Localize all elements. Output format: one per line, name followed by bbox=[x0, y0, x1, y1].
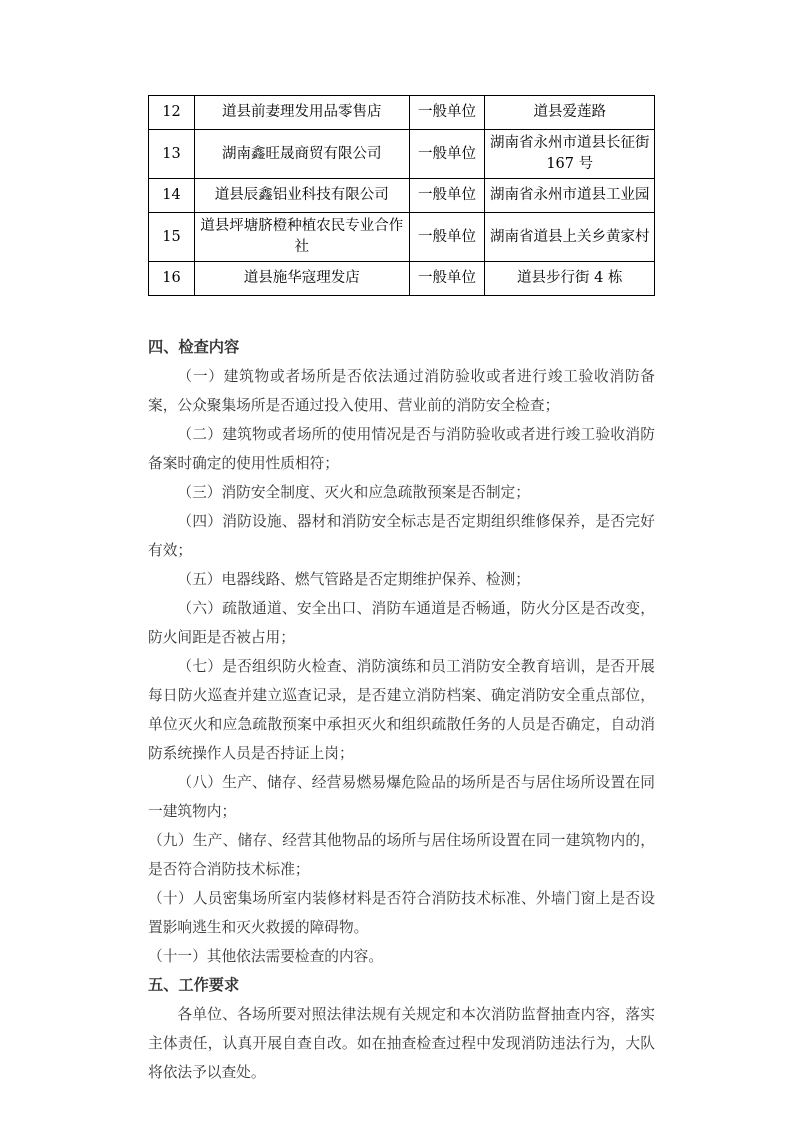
inspection-item-4: （四）消防设施、器材和消防安全标志是否定期组织维修保养，是否完好有效； bbox=[148, 507, 655, 565]
cell-unit-address: 道县爱莲路 bbox=[485, 96, 655, 130]
cell-unit-address: 湖南省永州市道县工业园 bbox=[485, 179, 655, 213]
inspection-item-3: （三）消防安全制度、灭火和应急疏散预案是否制定； bbox=[148, 478, 655, 507]
cell-row-number: 14 bbox=[149, 179, 195, 213]
cell-unit-type: 一般单位 bbox=[409, 96, 485, 130]
inspection-item-7: （七）是否组织防火检查、消防演练和员工消防安全教育培训，是否开展每日防火巡查并建… bbox=[148, 652, 655, 768]
cell-unit-address: 湖南省道县上关乡黄家村 bbox=[485, 213, 655, 262]
table-row: 14 道县辰鑫铝业科技有限公司 一般单位 湖南省永州市道县工业园 bbox=[149, 179, 655, 213]
document-content: 12 道县前妻理发用品零售店 一般单位 道县爱莲路 13 湖南鑫旺晟商贸有限公司… bbox=[148, 95, 655, 1087]
cell-row-number: 15 bbox=[149, 213, 195, 262]
cell-row-number: 13 bbox=[149, 130, 195, 179]
inspection-item-10: （十）人员密集场所室内装修材料是否符合消防技术标准、外墙门窗上是否设置影响逃生和… bbox=[148, 884, 655, 942]
table-row: 15 道县坪塘脐橙种植农民专业合作社 一般单位 湖南省道县上关乡黄家村 bbox=[149, 213, 655, 262]
inspection-item-1: （一）建筑物或者场所是否依法通过消防验收或者进行竣工验收消防备案，公众聚集场所是… bbox=[148, 362, 655, 420]
cell-unit-type: 一般单位 bbox=[409, 130, 485, 179]
section-heading-requirements: 五、工作要求 bbox=[148, 971, 655, 1000]
cell-unit-name: 湖南鑫旺晟商贸有限公司 bbox=[195, 130, 410, 179]
cell-unit-address: 道县步行街 4 栋 bbox=[485, 262, 655, 296]
cell-unit-type: 一般单位 bbox=[409, 213, 485, 262]
body-text: 四、检查内容 （一）建筑物或者场所是否依法通过消防验收或者进行竣工验收消防备案，… bbox=[148, 333, 655, 1087]
cell-unit-name: 道县施华寇理发店 bbox=[195, 262, 410, 296]
cell-row-number: 16 bbox=[149, 262, 195, 296]
cell-unit-type: 一般单位 bbox=[409, 179, 485, 213]
inspection-item-2: （二）建筑物或者场所的使用情况是否与消防验收或者进行竣工验收消防备案时确定的使用… bbox=[148, 420, 655, 478]
cell-unit-name: 道县前妻理发用品零售店 bbox=[195, 96, 410, 130]
cell-unit-type: 一般单位 bbox=[409, 262, 485, 296]
requirements-paragraph: 各单位、各场所要对照法律法规有关规定和本次消防监督抽查内容，落实主体责任，认真开… bbox=[148, 1000, 655, 1087]
units-table: 12 道县前妻理发用品零售店 一般单位 道县爱莲路 13 湖南鑫旺晟商贸有限公司… bbox=[148, 95, 655, 296]
table-row: 12 道县前妻理发用品零售店 一般单位 道县爱莲路 bbox=[149, 96, 655, 130]
section-heading-inspection: 四、检查内容 bbox=[148, 333, 655, 362]
cell-unit-name: 道县辰鑫铝业科技有限公司 bbox=[195, 179, 410, 213]
inspection-item-5: （五）电器线路、燃气管路是否定期维护保养、检测； bbox=[148, 565, 655, 594]
table-row: 13 湖南鑫旺晟商贸有限公司 一般单位 湖南省永州市道县长征街 167 号 bbox=[149, 130, 655, 179]
cell-row-number: 12 bbox=[149, 96, 195, 130]
cell-unit-name: 道县坪塘脐橙种植农民专业合作社 bbox=[195, 213, 410, 262]
table-row: 16 道县施华寇理发店 一般单位 道县步行街 4 栋 bbox=[149, 262, 655, 296]
cell-unit-address: 湖南省永州市道县长征街 167 号 bbox=[485, 130, 655, 179]
inspection-item-8: （八）生产、储存、经营易燃易爆危险品的场所是否与居住场所设置在同一建筑物内； bbox=[148, 768, 655, 826]
document-page: 12 道县前妻理发用品零售店 一般单位 道县爱莲路 13 湖南鑫旺晟商贸有限公司… bbox=[0, 0, 793, 1122]
inspection-item-6: （六）疏散通道、安全出口、消防车通道是否畅通，防火分区是否改变，防火间距是否被占… bbox=[148, 594, 655, 652]
inspection-item-11: （十一）其他依法需要检查的内容。 bbox=[148, 942, 655, 971]
inspection-item-9: （九）生产、储存、经营其他物品的场所与居住场所设置在同一建筑物内的，是否符合消防… bbox=[148, 826, 655, 884]
